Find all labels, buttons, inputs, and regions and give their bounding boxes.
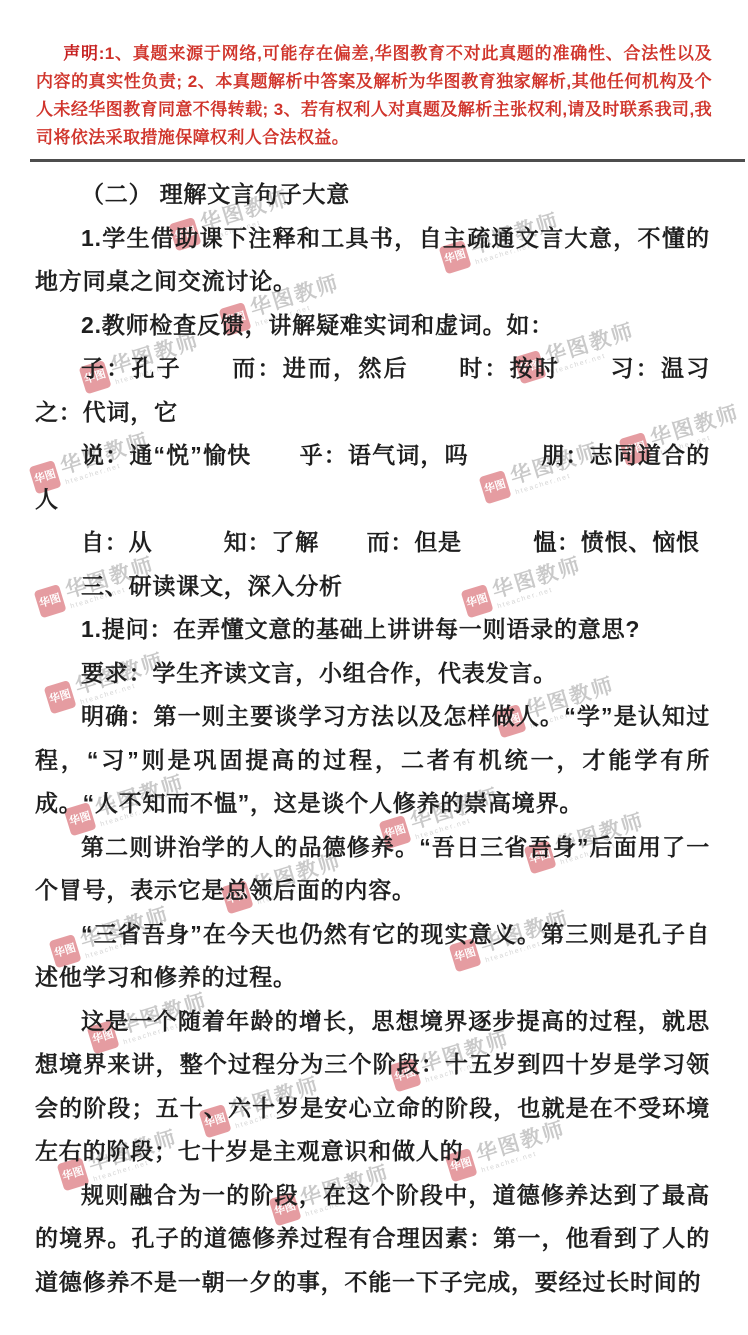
paragraph: 规则融合为一的阶段，在这个阶段中，道德修养达到了最高的境界。孔子的道德修养过程有… — [35, 1174, 710, 1305]
paragraph-word-gloss: 子：孔子 而：进而，然后 时：按时 习：温习 之：代词，它 — [35, 347, 710, 434]
disclaimer-text: 1、真题来源于网络,可能存在偏差,华图教育不对此真题的准确性、合法性以及内容的真… — [36, 44, 712, 147]
paragraph: 1.提问：在弄懂文意的基础上讲讲每一则语录的意思? — [35, 608, 710, 652]
paragraph: 明确：第一则主要谈学习方法以及怎样做人。“学”是认知过程，“习”则是巩固提高的过… — [35, 695, 710, 826]
disclaimer-header: 声明:1、真题来源于网络,可能存在偏差,华图教育不对此真题的准确性、合法性以及内… — [0, 0, 748, 152]
paragraph: 2.教师检查反馈，讲解疑难实词和虚词。如： — [35, 304, 710, 348]
document-page: 华图 华图教师 hteacher.net 华图 华图教师 hteacher.ne… — [0, 0, 748, 1335]
section-heading: 三、研读课文，深入分析 — [35, 565, 710, 609]
paragraph: “三省吾身”在今天也仍然有它的现实意义。第三则是孔子自述他学习和修养的过程。 — [35, 913, 710, 1000]
paragraph: 这是一个随着年龄的增长，思想境界逐步提高的过程，就思想境界来讲，整个过程分为三个… — [35, 1000, 710, 1174]
paragraph-word-gloss: 自：从 知：了解 而：但是 愠：愤恨、恼恨 — [35, 521, 710, 565]
document-body: （二） 理解文言句子大意 1.学生借助课下注释和工具书，自主疏通文言大意，不懂的… — [0, 162, 748, 1304]
disclaimer: 声明:1、真题来源于网络,可能存在偏差,华图教育不对此真题的准确性、合法性以及内… — [36, 40, 712, 152]
paragraph: 1.学生借助课下注释和工具书，自主疏通文言大意，不懂的地方同桌之间交流讨论。 — [35, 217, 710, 304]
paragraph: 要求：学生齐读文言，小组合作，代表发言。 — [35, 652, 710, 696]
paragraph-word-gloss: 说：通“悦”愉快 乎：语气词，吗 朋：志同道合的人 — [35, 434, 710, 521]
disclaimer-label: 声明: — [63, 44, 105, 63]
paragraph: 第二则讲治学的人的品德修养。“吾日三省吾身”后面用了一个冒号，表示它是总领后面的… — [35, 826, 710, 913]
section-heading: （二） 理解文言句子大意 — [35, 173, 710, 217]
